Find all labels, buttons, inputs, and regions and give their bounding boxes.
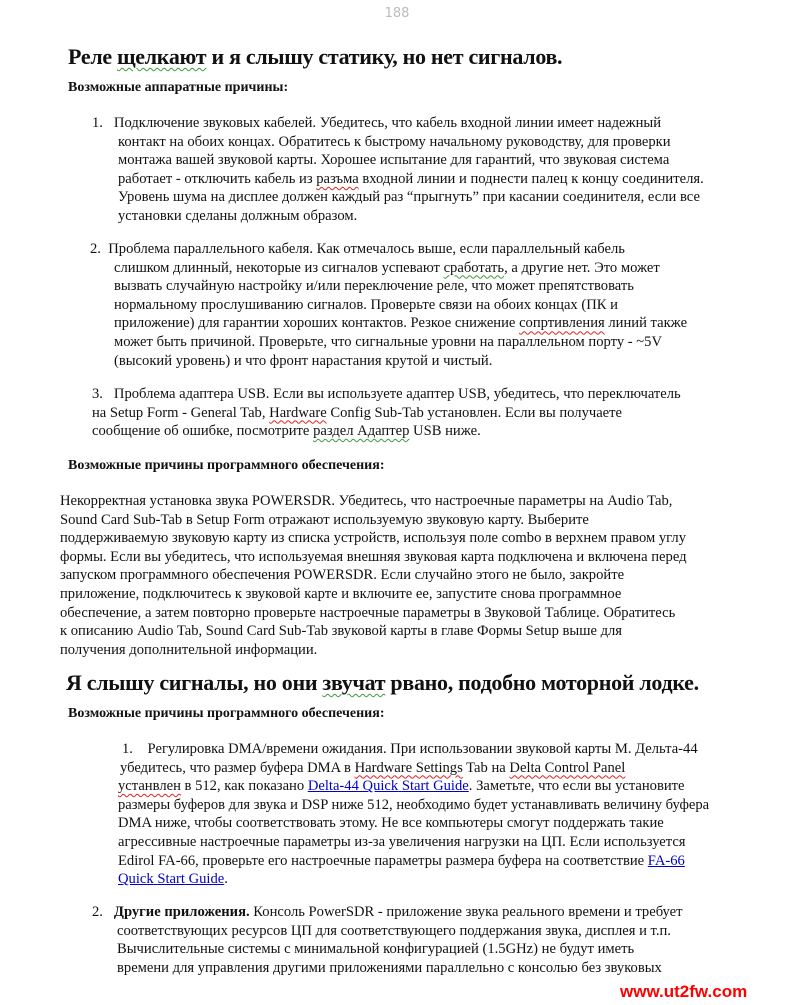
fa66-guide-link-cont[interactable]: Quick Start Guide [118,871,224,887]
spellcheck-word: сработать [444,260,504,276]
spellcheck-word: щелкают [117,44,206,69]
text: на Setup Form - General Tab, [92,405,269,421]
text: слишком длинный, некоторые из сигналов у… [114,260,444,276]
software-causes-heading: Возможные причины программного обеспечен… [68,458,384,474]
text-line: Проблема параллельного кабеля. Как отмеч… [108,241,625,257]
bold-lead: Другие приложения. [114,904,250,920]
text-line: Edirol FA-66, проверьте его настроечные … [118,852,709,871]
text: Config Sub-Tab установлен. Если вы получ… [327,405,622,421]
list-number: 3. [92,386,103,402]
text-line: может быть причиной. Проверьте, что сигн… [90,333,687,352]
text: линий также [605,315,687,331]
text-line: Sound Card Sub-Tab в Setup Form отражают… [60,511,687,530]
link-word: Quick [118,871,154,887]
list-item-1: 1. Подключение звуковых кабелей. Убедите… [92,114,704,226]
software-paragraph: Некорректная установка звука POWERSDR. У… [60,492,687,659]
text: сообщение об ошибке, посмотрите [92,423,313,439]
text-line: слишком длинный, некоторые из сигналов у… [90,259,687,278]
text-line: получения дополнительной информации. [60,641,687,660]
text-line: установки сделаны должным образом. [92,207,704,226]
title-text: рвано, подобно моторной лодке. [385,670,699,695]
spellcheck-word: устанвлен [118,778,181,794]
title-text: и я слышу статику, но нет сигналов. [206,44,562,69]
section-title-motorboat: Я слышу сигналы, но они звучат рвано, по… [66,670,699,696]
text-line: вызвать случайную настройку и/или перекл… [90,277,687,296]
text-line: к описанию Audio Tab, Sound Card Sub-Tab… [60,622,687,641]
text-line: работает - отключить кабель из разъма вх… [92,170,704,189]
text: Консоль PowerSDR - приложение звука реал… [250,904,683,920]
text-line: приложение) для гарантии хороших контакт… [90,314,687,333]
text: приложение) для гарантии хороших контакт… [114,315,519,331]
spellcheck-word: разъма [316,171,358,187]
text-line: обеспечение, а затем повторно проверьте … [60,604,687,623]
link-word: Quick [363,778,399,794]
text: , а другие нет. Это может [504,260,660,276]
text: убедитесь, что размер буфера DMA в [120,760,355,776]
list-number: 1. [92,115,103,131]
text-line: Подключение звуковых кабелей. Убедитесь,… [114,115,661,131]
text-line: сообщение об ошибке, посмотрите раздел А… [92,422,681,441]
section-title-relays: Реле щелкают и я слышу статику, но нет с… [68,44,562,70]
text: . [224,871,228,887]
text-line: поддерживаемую звуковую карту из списка … [60,529,687,548]
text-line: контакт на обоих концах. Обратитесь к бы… [92,133,704,152]
link-word: Delta-44 [308,778,359,794]
software-causes-heading-2: Возможные причины программного обеспечен… [68,706,384,722]
text: . Заметьте, что если вы установите [469,778,685,794]
title-text: Реле [68,44,117,69]
text-line: Вычислительные системы с минимальной кон… [92,940,683,959]
text-line: (высокий уровень) и что фронт нарастания… [90,352,687,371]
text-line: Quick Start Guide. [118,870,709,889]
text-line: приложение, подключитесь к звуковой карт… [60,585,687,604]
hardware-causes-heading: Возможные аппаратные причины: [68,80,288,96]
text-line: Регулировка DMA/времени ожидания. При ис… [148,741,698,757]
spellcheck-word: Hardware Settings [355,760,463,776]
text-line: Проблема адаптера USB. Если вы используе… [114,386,681,402]
text: Edirol FA-66, проверьте его настроечные … [118,853,648,869]
text-line: устанвлен в 512, как показано Delta-44 Q… [118,777,709,796]
delta44-guide-link[interactable]: Delta-44 Quick Start Guide [308,778,469,794]
text-line: размеры буферов для звука и DSP ниже 512… [118,796,709,815]
text: USB ниже. [409,423,480,439]
list-number: 1. [122,741,133,757]
text-line: формы. Если вы убедитесь, что используем… [60,548,687,567]
spellcheck-word: звучат [322,670,385,695]
title-text: Я слышу сигналы, но они [66,670,322,695]
spellcheck-word: Delta Control Panel [509,760,625,776]
spellcheck-word: сопртивления [519,315,605,331]
link-word: Guide [189,871,225,887]
link-word: Guide [433,778,469,794]
text-line: запуском программного обеспечения POWERS… [60,566,687,585]
text: Tab на [463,760,510,776]
list-number: 2. [90,241,101,257]
spellcheck-word: Hardware [269,405,327,421]
text-line: нормальному прослушиванию сигналов. Пров… [90,296,687,315]
text: работает - отключить кабель из [118,171,316,187]
list-item-2: 2. Проблема параллельного кабеля. Как от… [90,240,687,370]
text-line: агрессивные настроечные параметры из-за … [118,833,709,852]
text-line: Уровень шума на дисплее должен каждый ра… [92,188,704,207]
list-item-dma: 1. Регулировка DMA/времени ожидания. При… [118,740,709,889]
text-line: DMA ниже, чтобы соответствовать этому. Н… [118,814,709,833]
link-word: Start [157,871,185,887]
list-number: 2. [92,904,103,920]
text-line: убедитесь, что размер буфера DMA в Hardw… [118,759,709,778]
text-line: на Setup Form - General Tab, Hardware Co… [92,404,681,423]
text-line: Некорректная установка звука POWERSDR. У… [60,492,687,511]
text: входной линии и поднести палец к концу с… [359,171,704,187]
page-number: 188 [0,6,794,21]
text-line: монтажа вашей звуковой карты. Хорошее ис… [92,151,704,170]
list-item-other-apps: 2. Другие приложения. Консоль PowerSDR -… [92,903,683,977]
text-line: времени для управления другими приложени… [92,959,683,978]
spellcheck-word: раздел Адаптер [313,423,409,439]
text: в 512, как показано [181,778,308,794]
text-line: соответствующих ресурсов ЦП для соответс… [92,922,683,941]
link-word: Start [402,778,430,794]
watermark: www.ut2fw.com [620,982,747,1002]
fa66-guide-link[interactable]: FA-66 [648,853,685,869]
list-item-3: 3. Проблема адаптера USB. Если вы исполь… [92,385,681,441]
